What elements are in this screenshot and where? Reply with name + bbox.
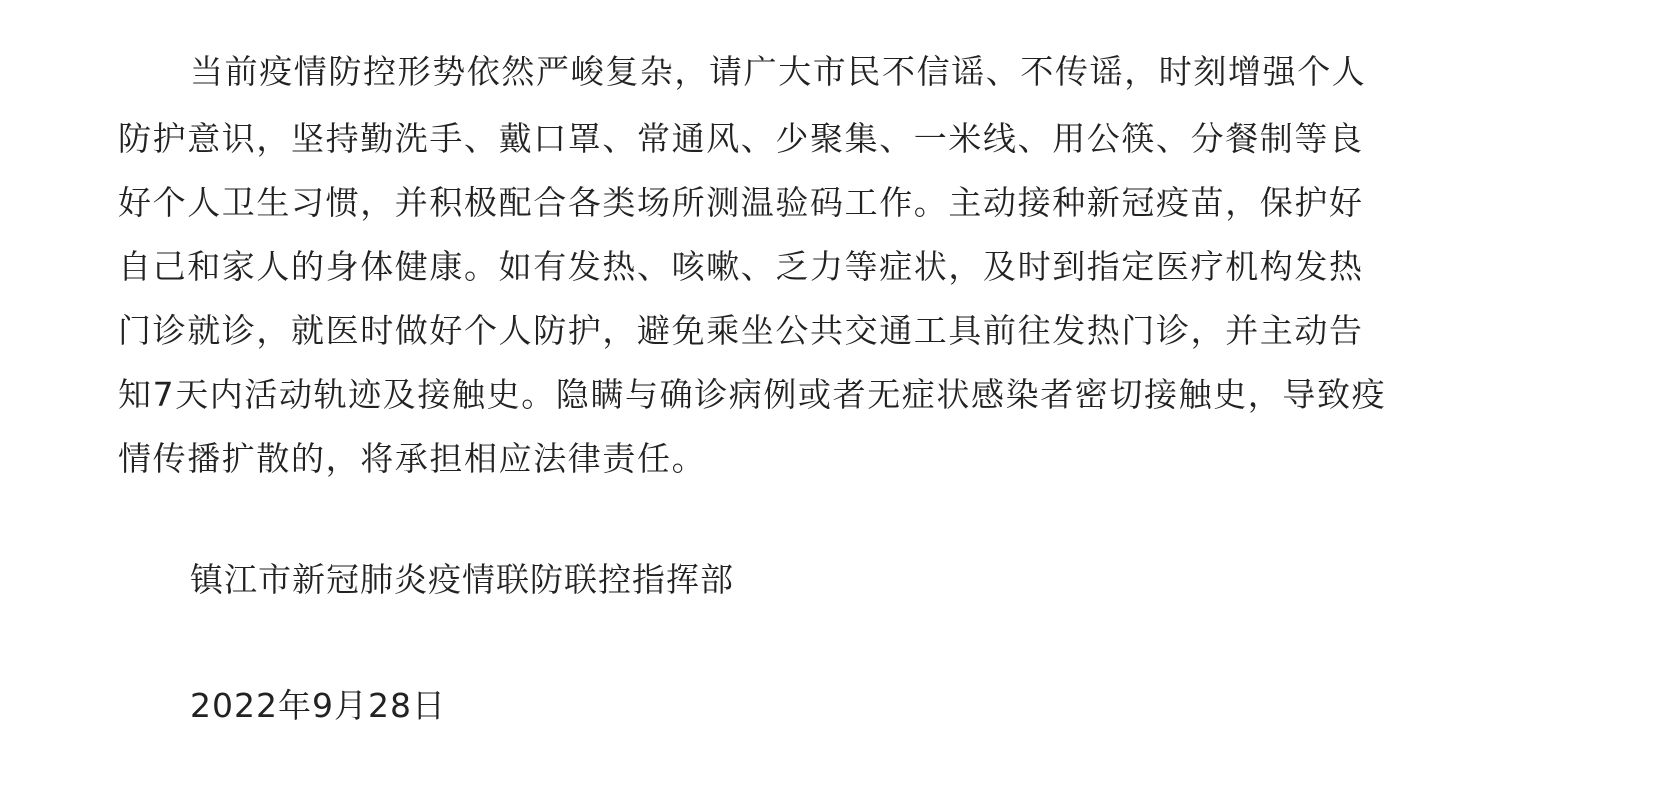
body-line-4: 自己和家人的身体健康。如有发热、咳嗽、乏力等症状，及时到指定医疗机构发热	[118, 247, 1364, 287]
body-line-1: 当前疫情防控形势依然严峻复杂，请广大市民不信谣、不传谣，时刻增强个人	[190, 52, 1366, 92]
issuer-name: 镇江市新冠肺炎疫情联防联控指挥部	[190, 560, 734, 600]
body-line-3: 好个人卫生习惯，并积极配合各类场所测温验码工作。主动接种新冠疫苗，保护好	[118, 183, 1364, 223]
body-line-6: 知7天内活动轨迹及接触史。隐瞒与确诊病例或者无症状感染者密切接触史，导致疫	[118, 375, 1386, 415]
body-line-2: 防护意识，坚持勤洗手、戴口罩、常通风、少聚集、一米线、用公筷、分餐制等良	[118, 119, 1364, 159]
body-line-5: 门诊就诊，就医时做好个人防护，避免乘坐公共交通工具前往发热门诊，并主动告	[118, 311, 1364, 351]
issue-date: 2022年9月28日	[190, 686, 446, 726]
notice-document: 当前疫情防控形势依然严峻复杂，请广大市民不信谣、不传谣，时刻增强个人 防护意识，…	[0, 0, 1671, 800]
body-line-7: 情传播扩散的，将承担相应法律责任。	[118, 439, 706, 479]
